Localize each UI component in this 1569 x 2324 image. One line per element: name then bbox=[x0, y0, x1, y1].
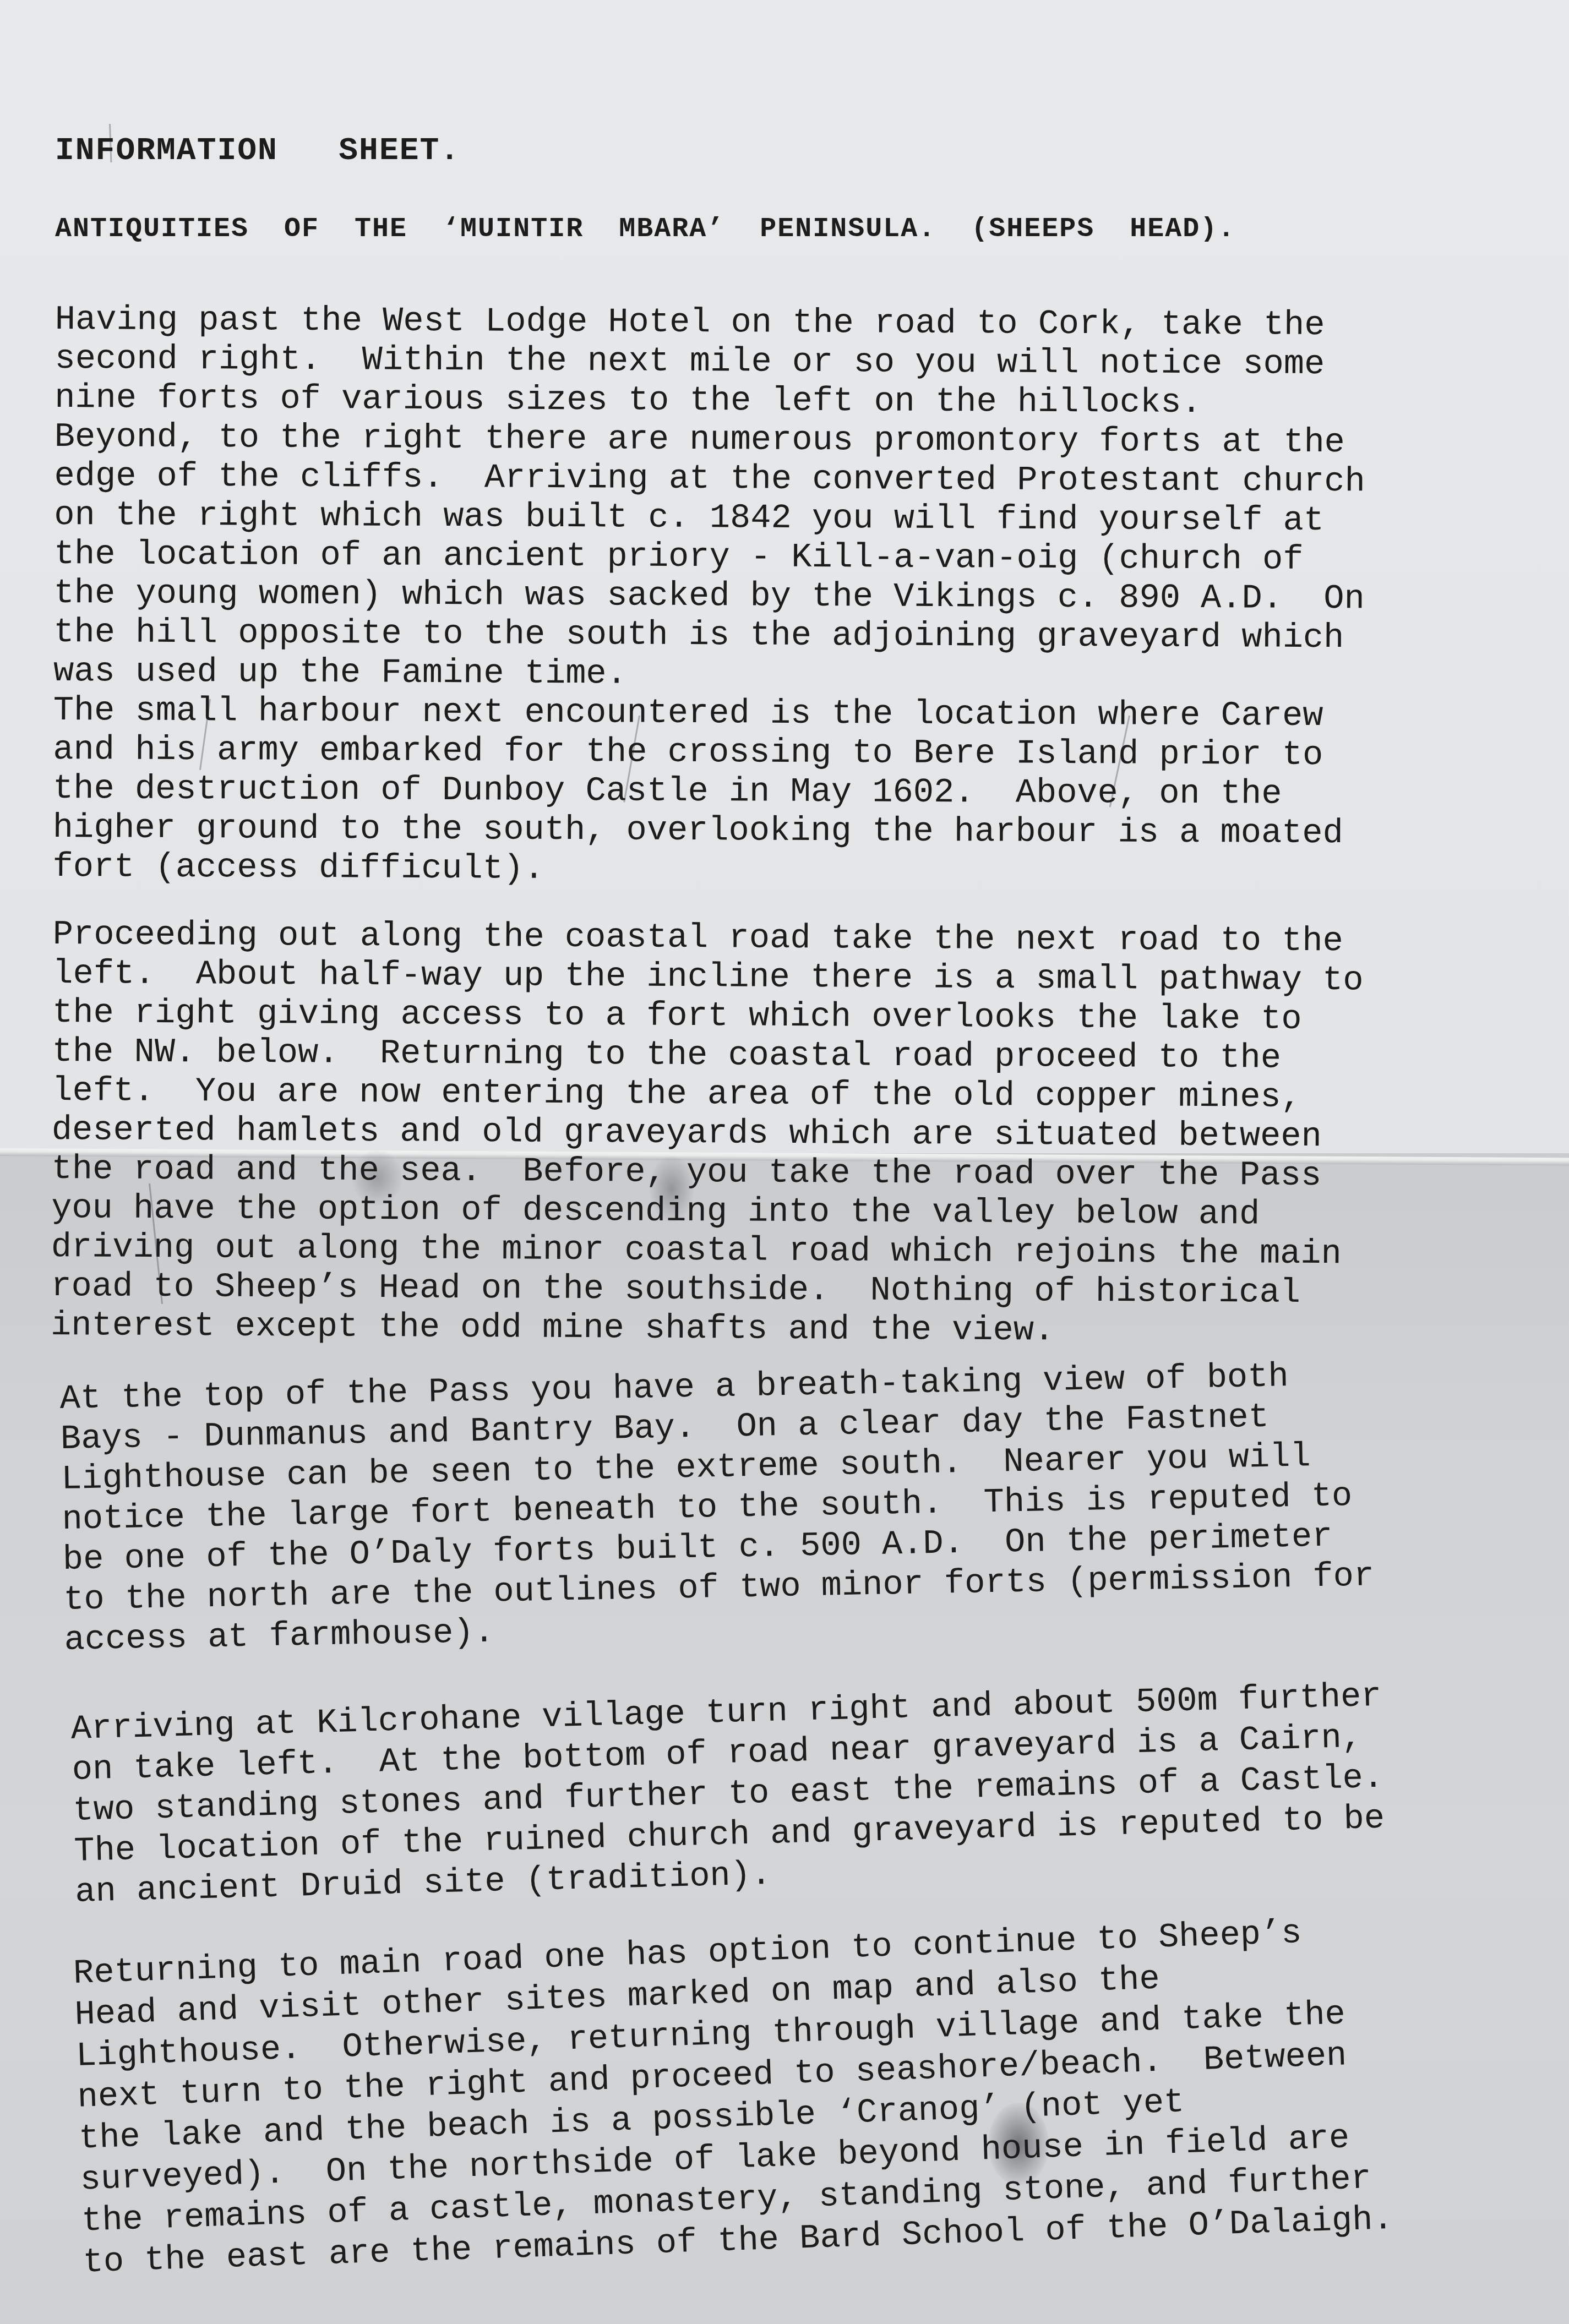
text-line: Beyond, to the right there are numerous … bbox=[55, 417, 1563, 463]
text-line: the location of an ancient priory - Kill… bbox=[54, 534, 1562, 580]
paragraph-return-main-road: Returning to main road one has option to… bbox=[73, 1903, 1569, 2283]
text-line: and his army embarked for the crossing t… bbox=[53, 730, 1561, 776]
document-subtitle: ANTIQUITIES OF THE ‘MUINTIR MBARA’ PENIN… bbox=[55, 214, 1235, 245]
text-line: edge of the cliffs. Arriving at the conv… bbox=[54, 456, 1562, 502]
text-line: the destruction of Dunboy Castle in May … bbox=[53, 769, 1561, 815]
text-line: higher ground to the south, overlooking … bbox=[53, 808, 1561, 854]
paragraph-west-lodge-to-harbour: Having past the West Lodge Hotel on the … bbox=[52, 300, 1563, 893]
text-line: the young women) which was sacked by the… bbox=[54, 574, 1562, 619]
text-line: Having past the West Lodge Hotel on the … bbox=[55, 300, 1563, 346]
paragraph-top-of-pass: At the top of the Pass you have a breath… bbox=[59, 1351, 1569, 1660]
text-line: The small harbour next encountered is th… bbox=[53, 691, 1562, 737]
document-title: INFORMATION SHEET. bbox=[55, 133, 460, 169]
paragraph-kilcrohane-village: Arriving at Kilcrohane village turn righ… bbox=[70, 1671, 1569, 1913]
text-line: nine forts of various sizes to the left … bbox=[55, 378, 1563, 424]
text-line: interest except the odd mine shafts and … bbox=[51, 1306, 1559, 1352]
text-line: on the right which was built c. 1842 you… bbox=[54, 495, 1562, 541]
text-line: fort (access difficult). bbox=[52, 847, 1561, 893]
text-line: second right. Within the next mile or so… bbox=[55, 339, 1563, 385]
text-line: was used up the Famine time. bbox=[53, 652, 1562, 697]
paragraph-coastal-road: Proceeding out along the coastal road ta… bbox=[51, 915, 1561, 1352]
text-line: the hill opposite to the south is the ad… bbox=[53, 613, 1562, 658]
